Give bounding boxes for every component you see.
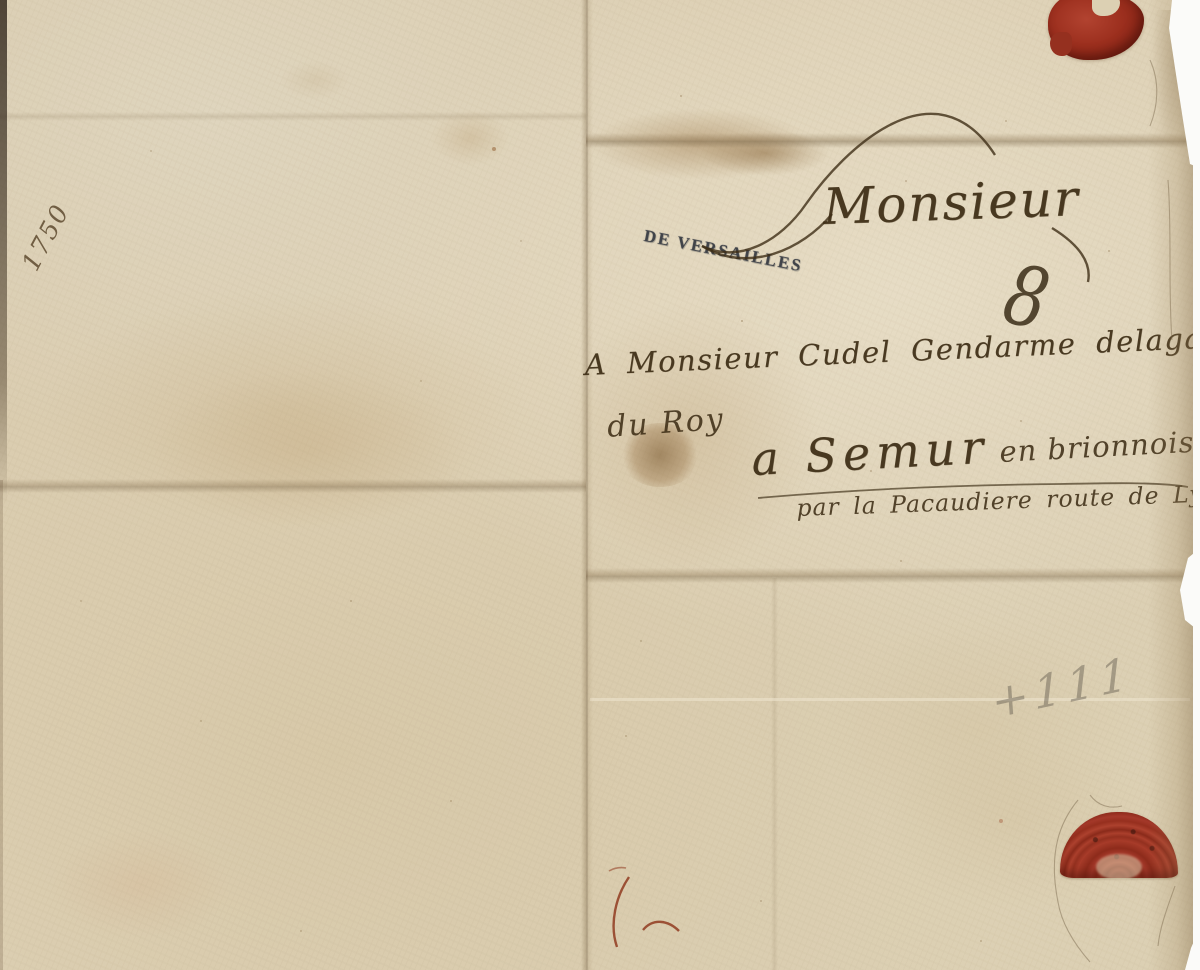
fold-vertical-main <box>581 0 593 970</box>
salutation-monsieur: Monsieur <box>822 169 1081 236</box>
scan-shadow-left-edge-lower <box>0 480 3 970</box>
fold-horizontal-right-top <box>586 133 1196 148</box>
letter-scan: DE VERSAILLES Monsieur 8 A Monsieur Cude… <box>0 0 1200 970</box>
wax-seal-worn-spot <box>1096 854 1142 880</box>
fold-horizontal-right-bottom <box>586 568 1196 583</box>
crease-left-top <box>0 112 586 121</box>
crease-vertical-lower <box>771 578 778 970</box>
wax-seal-fragment <box>1050 32 1072 56</box>
stain <box>50 830 230 940</box>
stain <box>150 370 470 530</box>
fold-horizontal-left <box>0 479 586 493</box>
stain <box>280 60 350 100</box>
wax-seal-chip <box>1092 0 1120 16</box>
scan-shadow-left-edge <box>0 0 7 505</box>
